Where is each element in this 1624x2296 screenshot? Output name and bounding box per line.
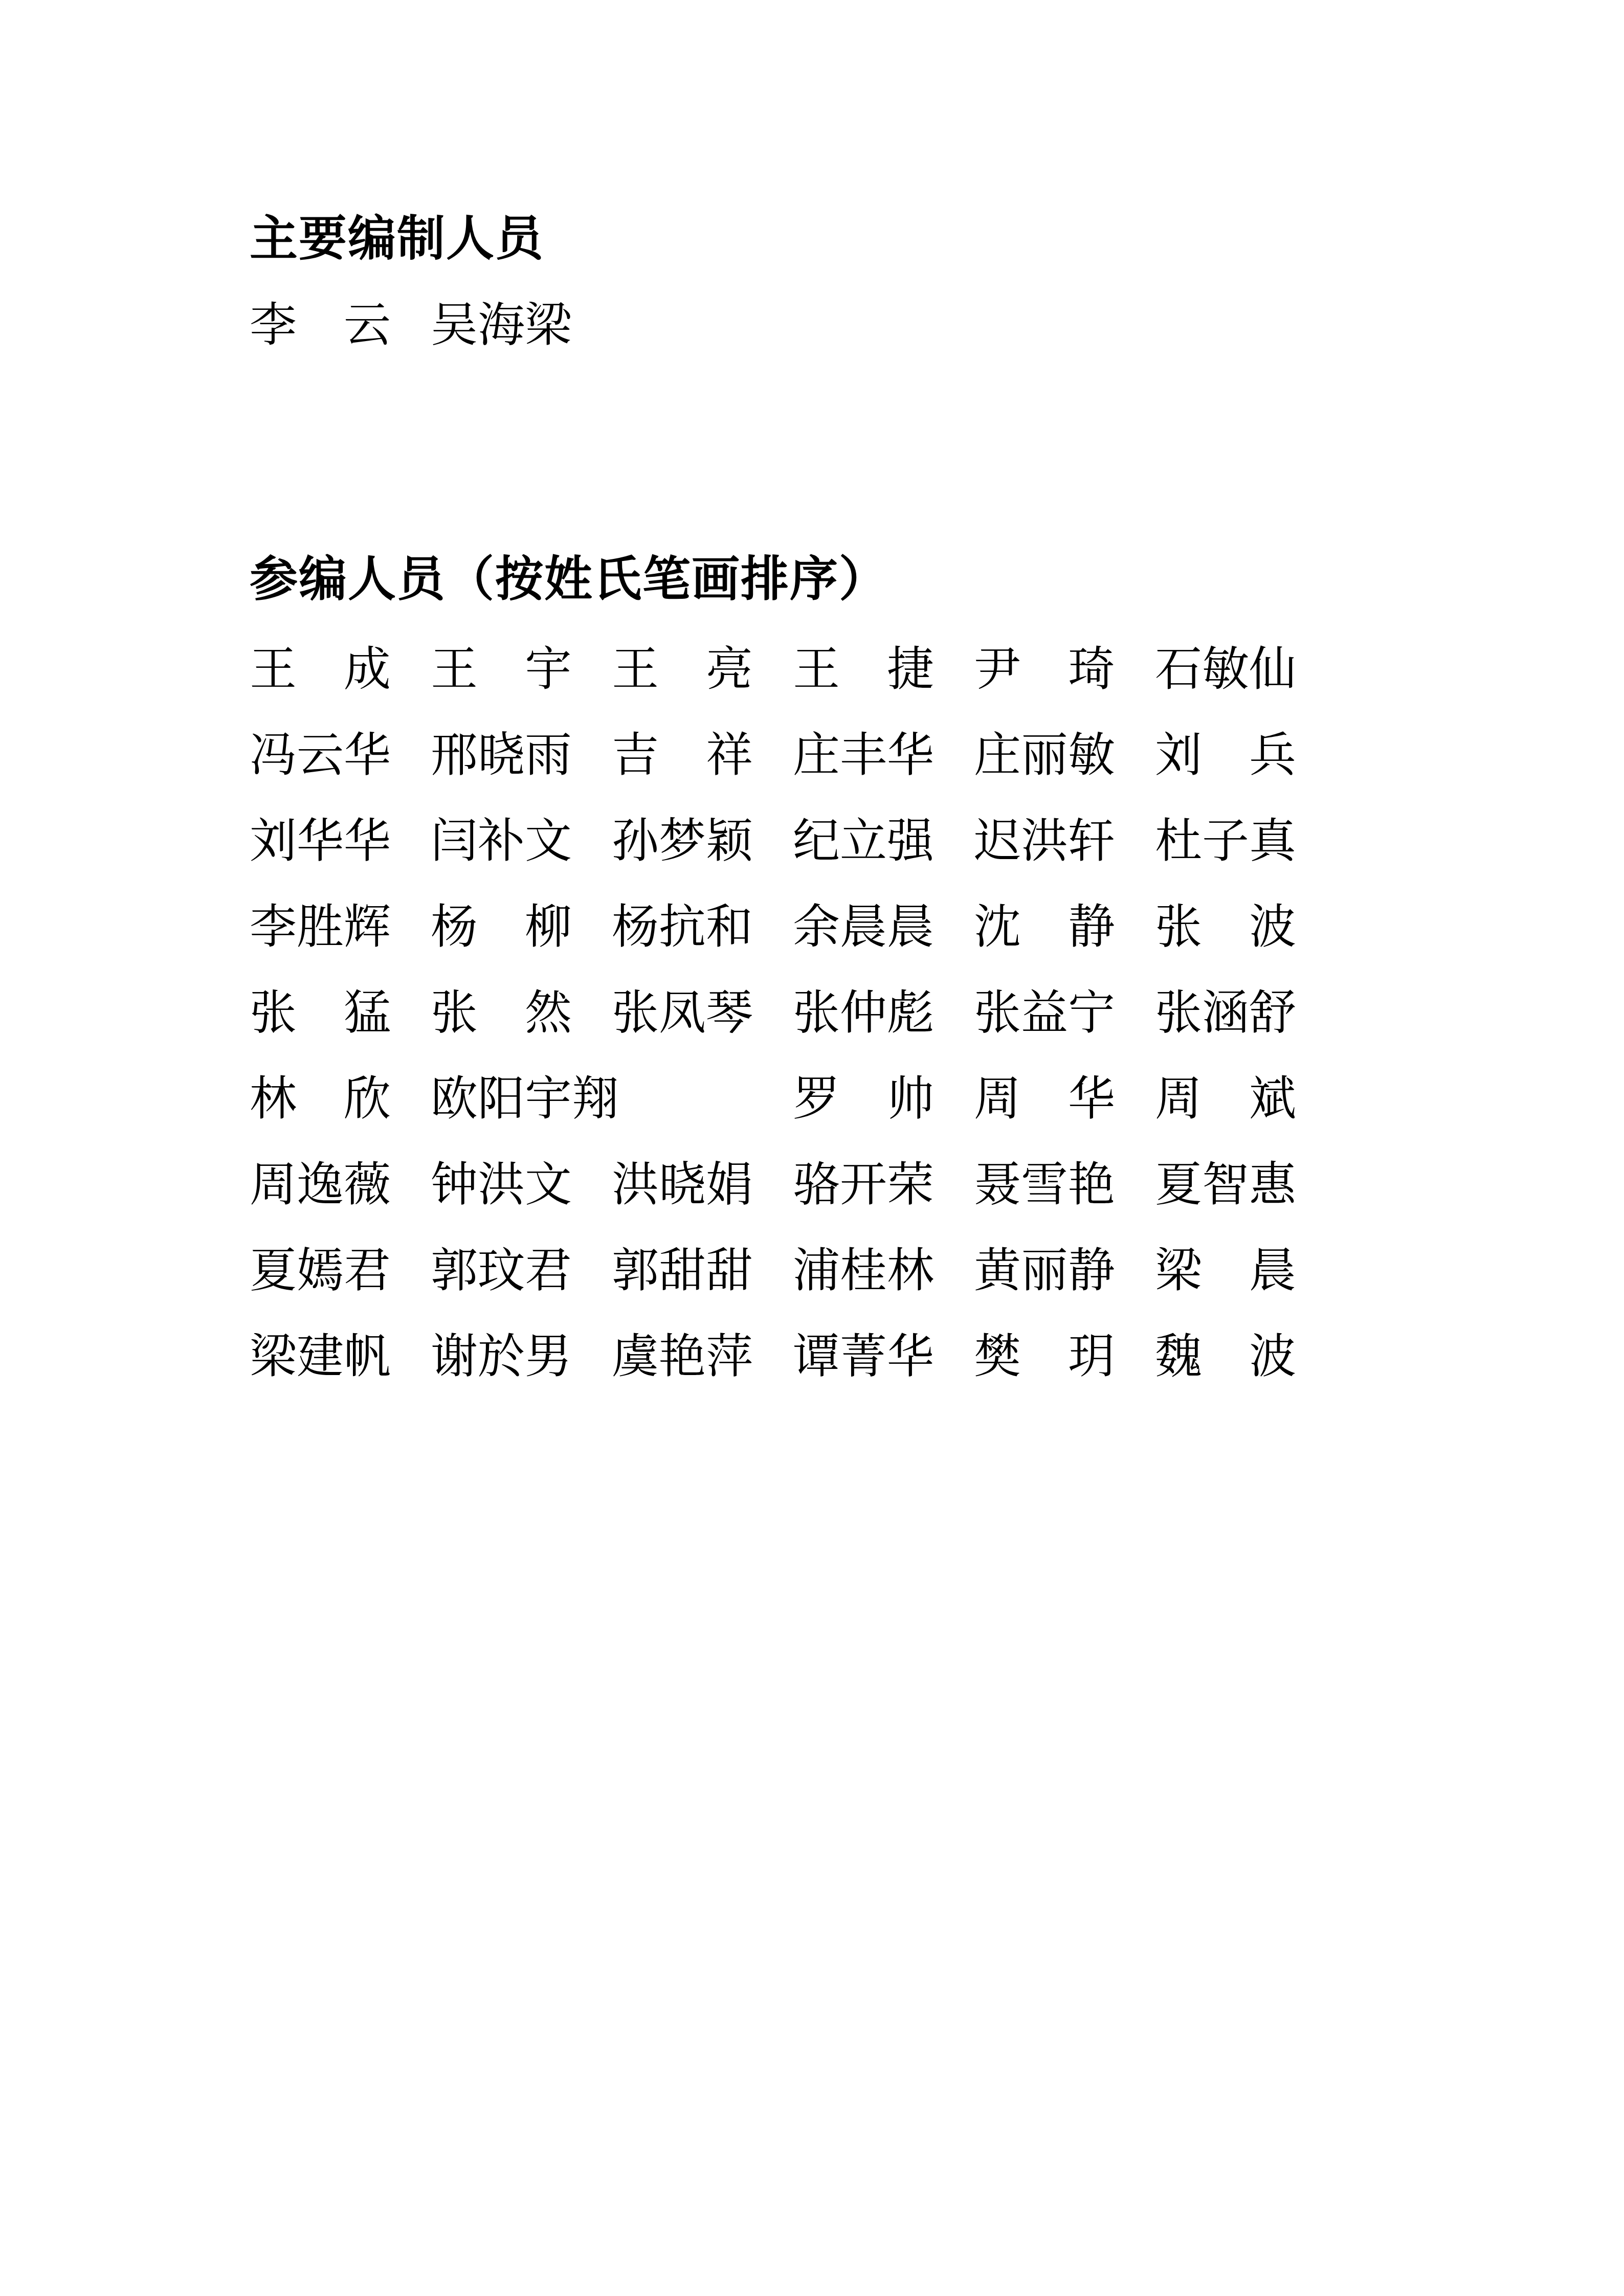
person-name: 庄丰华 (793, 712, 934, 798)
person-name: 郭甜甜 (612, 1228, 753, 1314)
person-name: 王 宇 (431, 626, 572, 712)
person-name: 虞艳萍 (612, 1314, 753, 1400)
person-name: 余晨晨 (793, 884, 934, 970)
person-name: 张 波 (1155, 884, 1296, 970)
person-name: 张 猛 (250, 970, 391, 1056)
person-name: 杜子真 (1155, 798, 1296, 884)
person-name: 尹 琦 (974, 626, 1115, 712)
person-name: 迟洪轩 (974, 798, 1115, 884)
person-name: 张凤琴 (612, 970, 753, 1056)
person-name: 周 华 (974, 1056, 1115, 1142)
name-row: 李 云吴海梁 (250, 282, 612, 368)
person-name: 纪立强 (793, 798, 934, 884)
person-name: 浦桂林 (793, 1228, 934, 1314)
person-name: 夏智惠 (1155, 1142, 1296, 1228)
person-name: 欧阳宇翔 (431, 1056, 753, 1142)
person-name: 杨 柳 (431, 884, 572, 970)
person-name: 冯云华 (250, 712, 391, 798)
person-name: 张 然 (431, 970, 572, 1056)
person-name: 郭玟君 (431, 1228, 572, 1314)
name-row: 林 欣欧阳宇翔罗 帅周 华周 斌 (250, 1056, 1336, 1142)
name-row: 张 猛张 然张凤琴张仲彪张益宁张涵舒 (250, 970, 1336, 1056)
person-name: 罗 帅 (793, 1056, 934, 1142)
person-name: 庄丽敏 (974, 712, 1115, 798)
name-row: 王 成王 宇王 亮王 捷尹 琦石敏仙 (250, 626, 1336, 712)
name-row: 夏嫣君郭玟君郭甜甜浦桂林黄丽静梁 晨 (250, 1228, 1336, 1314)
person-name: 沈 静 (974, 884, 1115, 970)
person-name: 林 欣 (250, 1056, 391, 1142)
person-name: 闫补文 (431, 798, 572, 884)
person-name: 李 云 (250, 282, 391, 368)
person-name: 周 斌 (1155, 1056, 1296, 1142)
person-name: 李胜辉 (250, 884, 391, 970)
person-name: 王 成 (250, 626, 391, 712)
person-name: 聂雪艳 (974, 1142, 1115, 1228)
document-page: 主要编制人员 李 云吴海梁 参编人员（按姓氏笔画排序） 王 成王 宇王 亮王 捷… (0, 0, 1624, 2296)
person-name: 谢於男 (431, 1314, 572, 1400)
person-name: 邢晓雨 (431, 712, 572, 798)
person-name: 魏 波 (1155, 1314, 1296, 1400)
name-row: 梁建帆谢於男虞艳萍谭菁华樊 玥魏 波 (250, 1314, 1336, 1400)
contributors-title: 参编人员（按姓氏笔画排序） (250, 555, 888, 603)
person-name: 吴海梁 (431, 282, 572, 368)
person-name: 骆开荣 (793, 1142, 934, 1228)
person-name: 黄丽静 (974, 1228, 1115, 1314)
name-row: 刘华华闫补文孙梦颖纪立强迟洪轩杜子真 (250, 798, 1336, 884)
person-name: 吉 祥 (612, 712, 753, 798)
person-name: 杨抗和 (612, 884, 753, 970)
person-name: 刘 兵 (1155, 712, 1296, 798)
person-name: 洪晓娟 (612, 1142, 753, 1228)
person-name: 孙梦颖 (612, 798, 753, 884)
person-name: 周逸薇 (250, 1142, 391, 1228)
person-name: 王 亮 (612, 626, 753, 712)
contributors-roster: 王 成王 宇王 亮王 捷尹 琦石敏仙冯云华邢晓雨吉 祥庄丰华庄丽敏刘 兵刘华华闫… (250, 626, 1336, 1400)
person-name: 张益宁 (974, 970, 1115, 1056)
person-name: 梁建帆 (250, 1314, 391, 1400)
person-name: 王 捷 (793, 626, 934, 712)
name-row: 周逸薇钟洪文洪晓娟骆开荣聂雪艳夏智惠 (250, 1142, 1336, 1228)
person-name: 张仲彪 (793, 970, 934, 1056)
main-editors-title: 主要编制人员 (250, 215, 544, 263)
person-name: 夏嫣君 (250, 1228, 391, 1314)
person-name: 谭菁华 (793, 1314, 934, 1400)
person-name: 刘华华 (250, 798, 391, 884)
person-name: 张涵舒 (1155, 970, 1296, 1056)
person-name: 梁 晨 (1155, 1228, 1296, 1314)
person-name: 石敏仙 (1155, 626, 1296, 712)
person-name: 钟洪文 (431, 1142, 572, 1228)
person-name: 樊 玥 (974, 1314, 1115, 1400)
name-row: 李胜辉杨 柳杨抗和余晨晨沈 静张 波 (250, 884, 1336, 970)
main-editors-roster: 李 云吴海梁 (250, 282, 612, 368)
name-row: 冯云华邢晓雨吉 祥庄丰华庄丽敏刘 兵 (250, 712, 1336, 798)
